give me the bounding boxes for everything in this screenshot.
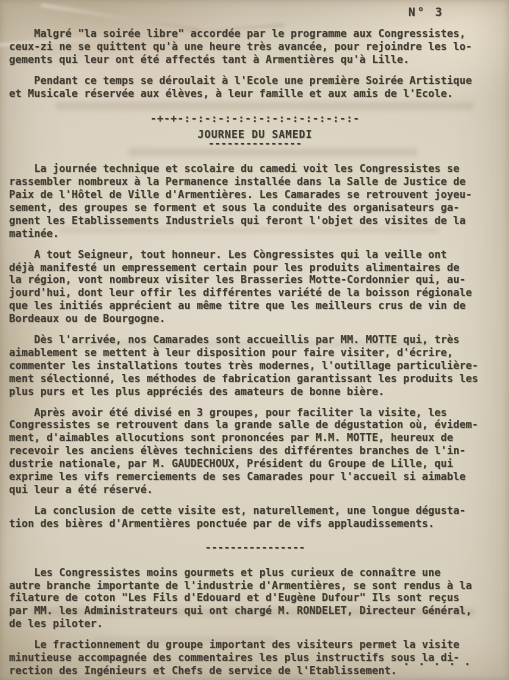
scanned-typewritten-page: N° 3 Malgré "la soirée libre" accordée p… — [0, 0, 509, 680]
paragraph-conclusion-visite: La conclusion de cette visite est, natur… — [9, 505, 501, 531]
paragraph-soiree-libre: Malgré "la soirée libre" accordée par le… — [9, 28, 501, 67]
paragraph-filature: Les Congressistes moins gourmets et plus… — [9, 567, 501, 632]
paragraph-trois-groupes: Après avoir été divisé en 3 groupes, pou… — [9, 407, 501, 497]
paragraph-journee-technique: La journée technique et scolaire du came… — [9, 163, 501, 240]
page-body: N° 3 Malgré "la soirée libre" accordée p… — [0, 0, 509, 678]
heading-underline: --------------- — [9, 138, 501, 151]
page-number: N° 3 — [9, 6, 501, 19]
paragraph-soiree-artistique: Pendant ce temps se déroulait à l'Ecole … — [9, 75, 501, 101]
paragraph-brasseries: A tout Seigneur, tout honneur. Les Còngr… — [9, 249, 501, 326]
ending-dots: . . . . . — [403, 656, 472, 669]
paragraph-arrivee: Dès l'arrivée, nos Camarades sont accuei… — [9, 334, 501, 399]
ornament-separator: -+-+-:-:-:-:-:-:-:-:-:-:-:-:-:- — [9, 113, 501, 126]
dash-separator: ---------------- — [9, 542, 501, 555]
